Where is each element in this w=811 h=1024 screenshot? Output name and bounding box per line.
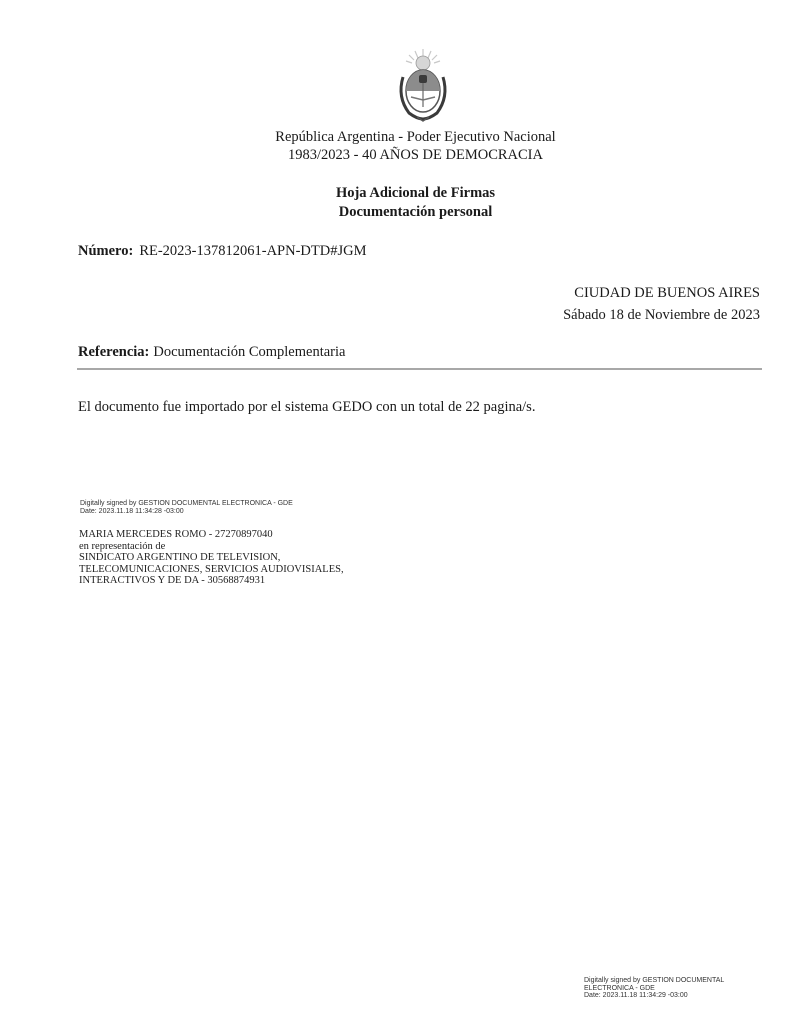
- signature-1-date: Date: 2023.11.18 11:34:28 -03:00: [80, 508, 293, 516]
- signature-2-line-1: Digitally signed by GESTION DOCUMENTAL: [584, 977, 724, 985]
- signer-line: INTERACTIVOS Y DE DA - 30568874931: [79, 575, 344, 587]
- signer-line: TELECOMUNICACIONES, SERVICIOS AUDIOVISIA…: [79, 564, 344, 576]
- place-city: CIUDAD DE BUENOS AIRES: [574, 284, 760, 302]
- header-government-line: República Argentina - Poder Ejecutivo Na…: [10, 128, 811, 146]
- signer-line: MARIA MERCEDES ROMO - 27270897040: [79, 529, 344, 541]
- reference-label: Referencia:: [78, 344, 149, 360]
- signer-line: en representación de: [79, 541, 344, 553]
- signer-line: SINDICATO ARGENTINO DE TELEVISION,: [79, 552, 344, 564]
- header-democracy-line: 1983/2023 - 40 AÑOS DE DEMOCRACIA: [10, 146, 811, 164]
- signature-2-date: Date: 2023.11.18 11:34:29 -03:00: [584, 992, 724, 1000]
- signature-1-signed-by: Digitally signed by GESTION DOCUMENTAL E…: [80, 500, 293, 508]
- digital-signature-1: Digitally signed by GESTION DOCUMENTAL E…: [80, 500, 293, 515]
- signature-2-line-2: ELECTRONICA - GDE: [584, 985, 724, 993]
- reference: Referencia:Documentación Complementaria: [78, 343, 345, 361]
- document-subtitle: Documentación personal: [10, 203, 811, 221]
- document-title: Hoja Adicional de Firmas: [10, 184, 811, 202]
- document-number-label: Número:: [78, 243, 133, 259]
- divider: [77, 368, 762, 370]
- reference-value: Documentación Complementaria: [153, 344, 345, 360]
- argentina-coat-of-arms-icon: [393, 47, 453, 123]
- body-text: El documento fue importado por el sistem…: [78, 398, 535, 416]
- digital-signature-2: Digitally signed by GESTION DOCUMENTAL E…: [584, 977, 724, 1000]
- document-number-value: RE-2023-137812061-APN-DTD#JGM: [139, 243, 366, 259]
- place-date: Sábado 18 de Noviembre de 2023: [563, 306, 760, 324]
- document-number: Número:RE-2023-137812061-APN-DTD#JGM: [78, 242, 366, 260]
- signer-block: MARIA MERCEDES ROMO - 27270897040 en rep…: [79, 529, 344, 587]
